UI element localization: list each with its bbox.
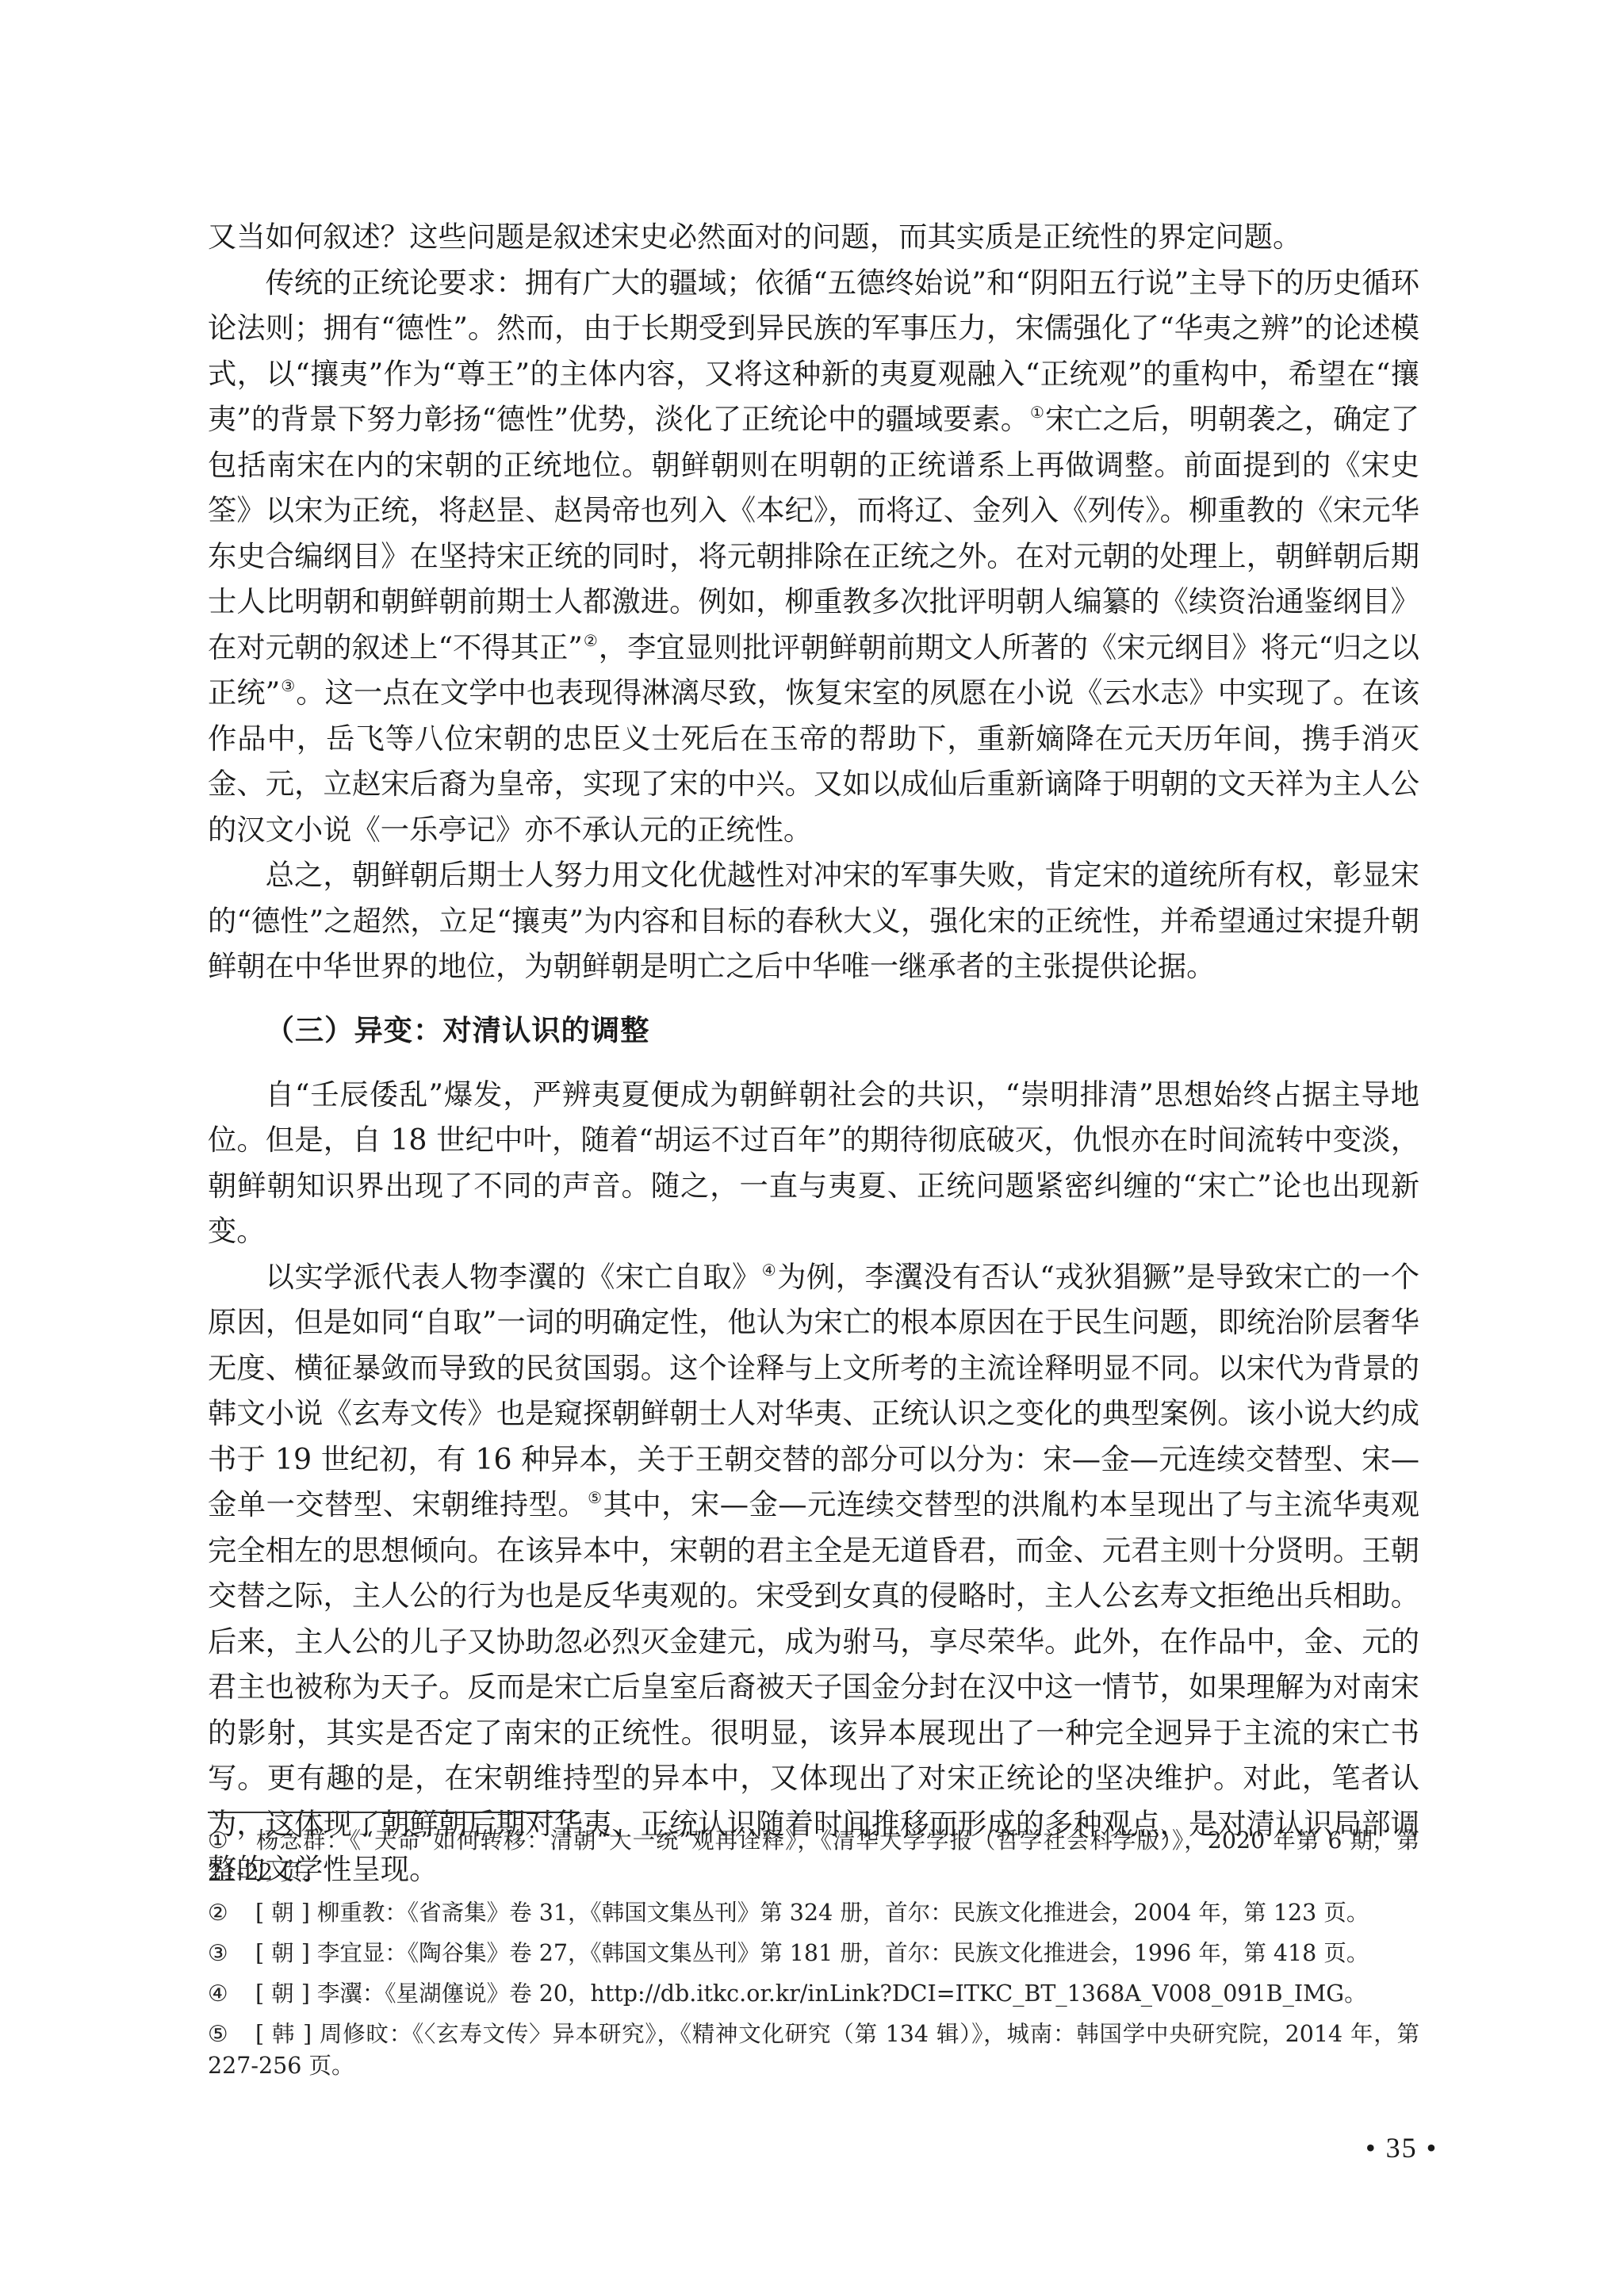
paragraph-2: 传统的正统论要求：拥有广大的疆域；依循“五德终始说”和“阴阳五行说”主导下的历史…: [208, 260, 1419, 853]
body-text: 又当如何叙述？这些问题是叙述宋史必然面对的问题，而其实质是正统性的界定问题。 传…: [208, 214, 1419, 1892]
paragraph-text: 以实学派代表人物李瀷的《宋亡自取》: [266, 1260, 761, 1294]
footnote-ref-3[interactable]: ③: [281, 676, 295, 695]
paragraph-text: 总之，朝鲜朝后期士人努力用文化优越性对冲宋的军事失败，肯定宋的道统所有权，彰显宋…: [208, 858, 1419, 983]
paragraph-text: 。这一点在文学中也表现得淋漓尽致，恢复宋室的夙愿在小说《云水志》中实现了。在该作…: [208, 675, 1419, 847]
paragraph-text: 宋亡之后，明朝袭之，确定了包括南宋在内的宋朝的正统地位。朝鲜朝则在明朝的正统谱系…: [208, 402, 1419, 664]
footnote-marker: ①: [208, 1825, 255, 1857]
footnote-ref-4[interactable]: ④: [762, 1261, 776, 1280]
section-heading: （三）异变：对清认识的调整: [208, 1007, 1419, 1054]
footnote-4: ④[ 朝 ] 李瀷：《星湖僿说》卷 20，http://db.itkc.or.k…: [208, 1978, 1419, 2010]
article-body: 又当如何叙述？这些问题是叙述宋史必然面对的问题，而其实质是正统性的界定问题。 传…: [208, 214, 1419, 1892]
footnote-marker: ②: [208, 1897, 255, 1929]
footnote-text[interactable]: [ 朝 ] 李瀷：《星湖僿说》卷 20，http://db.itkc.or.kr…: [255, 1980, 1367, 2007]
paragraph-text: 又当如何叙述？这些问题是叙述宋史必然面对的问题，而其实质是正统性的界定问题。: [208, 220, 1301, 254]
paragraph-1: 又当如何叙述？这些问题是叙述宋史必然面对的问题，而其实质是正统性的界定问题。: [208, 214, 1419, 260]
footnote-text: [ 朝 ] 李宜显：《陶谷集》卷 27，《韩国文集丛刊》第 181 册，首尔：民…: [255, 1940, 1369, 1966]
paragraph-text: 为例，李瀷没有否认“戎狄猖獗”是导致宋亡的一个原因，但是如同“自取”一词的明确定…: [208, 1260, 1419, 1522]
paragraph-5: 以实学派代表人物李瀷的《宋亡自取》④为例，李瀷没有否认“戎狄猖獗”是导致宋亡的一…: [208, 1254, 1419, 1892]
footnote-text: 杨念群：《“天命”如何转移：清朝“大一统”观再诠释》，《清华大学学报（哲学社会科…: [208, 1827, 1419, 1885]
paragraph-text: 自“壬辰倭乱”爆发，严辨夷夏便成为朝鲜朝社会的共识，“崇明排清”思想始终占据主导…: [208, 1077, 1419, 1249]
footnotes: ①杨念群：《“天命”如何转移：清朝“大一统”观再诠释》，《清华大学学报（哲学社会…: [208, 1825, 1419, 2091]
footnote-text: [ 朝 ] 柳重教：《省斋集》卷 31，《韩国文集丛刊》第 324 册，首尔：民…: [255, 1900, 1369, 1926]
footnote-marker: ⑤: [208, 2019, 255, 2050]
footnote-marker: ③: [208, 1938, 255, 1969]
footnote-text: [ 韩 ] 周修旼：《〈玄寿文传〉异本研究》，《精神文化研究（第 134 辑）》…: [208, 2021, 1419, 2079]
footnote-3: ③[ 朝 ] 李宜显：《陶谷集》卷 27，《韩国文集丛刊》第 181 册，首尔：…: [208, 1938, 1419, 1969]
footnote-marker: ④: [208, 1978, 255, 2010]
page-number: • 35 •: [1365, 2131, 1438, 2164]
footnote-ref-2[interactable]: ②: [584, 631, 598, 650]
footnote-divider: [208, 1812, 579, 1813]
footnote-ref-1[interactable]: ①: [1030, 403, 1044, 422]
footnote-2: ②[ 朝 ] 柳重教：《省斋集》卷 31，《韩国文集丛刊》第 324 册，首尔：…: [208, 1897, 1419, 1929]
paragraph-3: 总之，朝鲜朝后期士人努力用文化优越性对冲宋的军事失败，肯定宋的道统所有权，彰显宋…: [208, 852, 1419, 989]
footnote-ref-5[interactable]: ⑤: [588, 1488, 602, 1507]
paragraph-4: 自“壬辰倭乱”爆发，严辨夷夏便成为朝鲜朝社会的共识，“崇明排清”思想始终占据主导…: [208, 1072, 1419, 1254]
footnote-5: ⑤[ 韩 ] 周修旼：《〈玄寿文传〉异本研究》，《精神文化研究（第 134 辑）…: [208, 2019, 1419, 2082]
footnote-1: ①杨念群：《“天命”如何转移：清朝“大一统”观再诠释》，《清华大学学报（哲学社会…: [208, 1825, 1419, 1888]
